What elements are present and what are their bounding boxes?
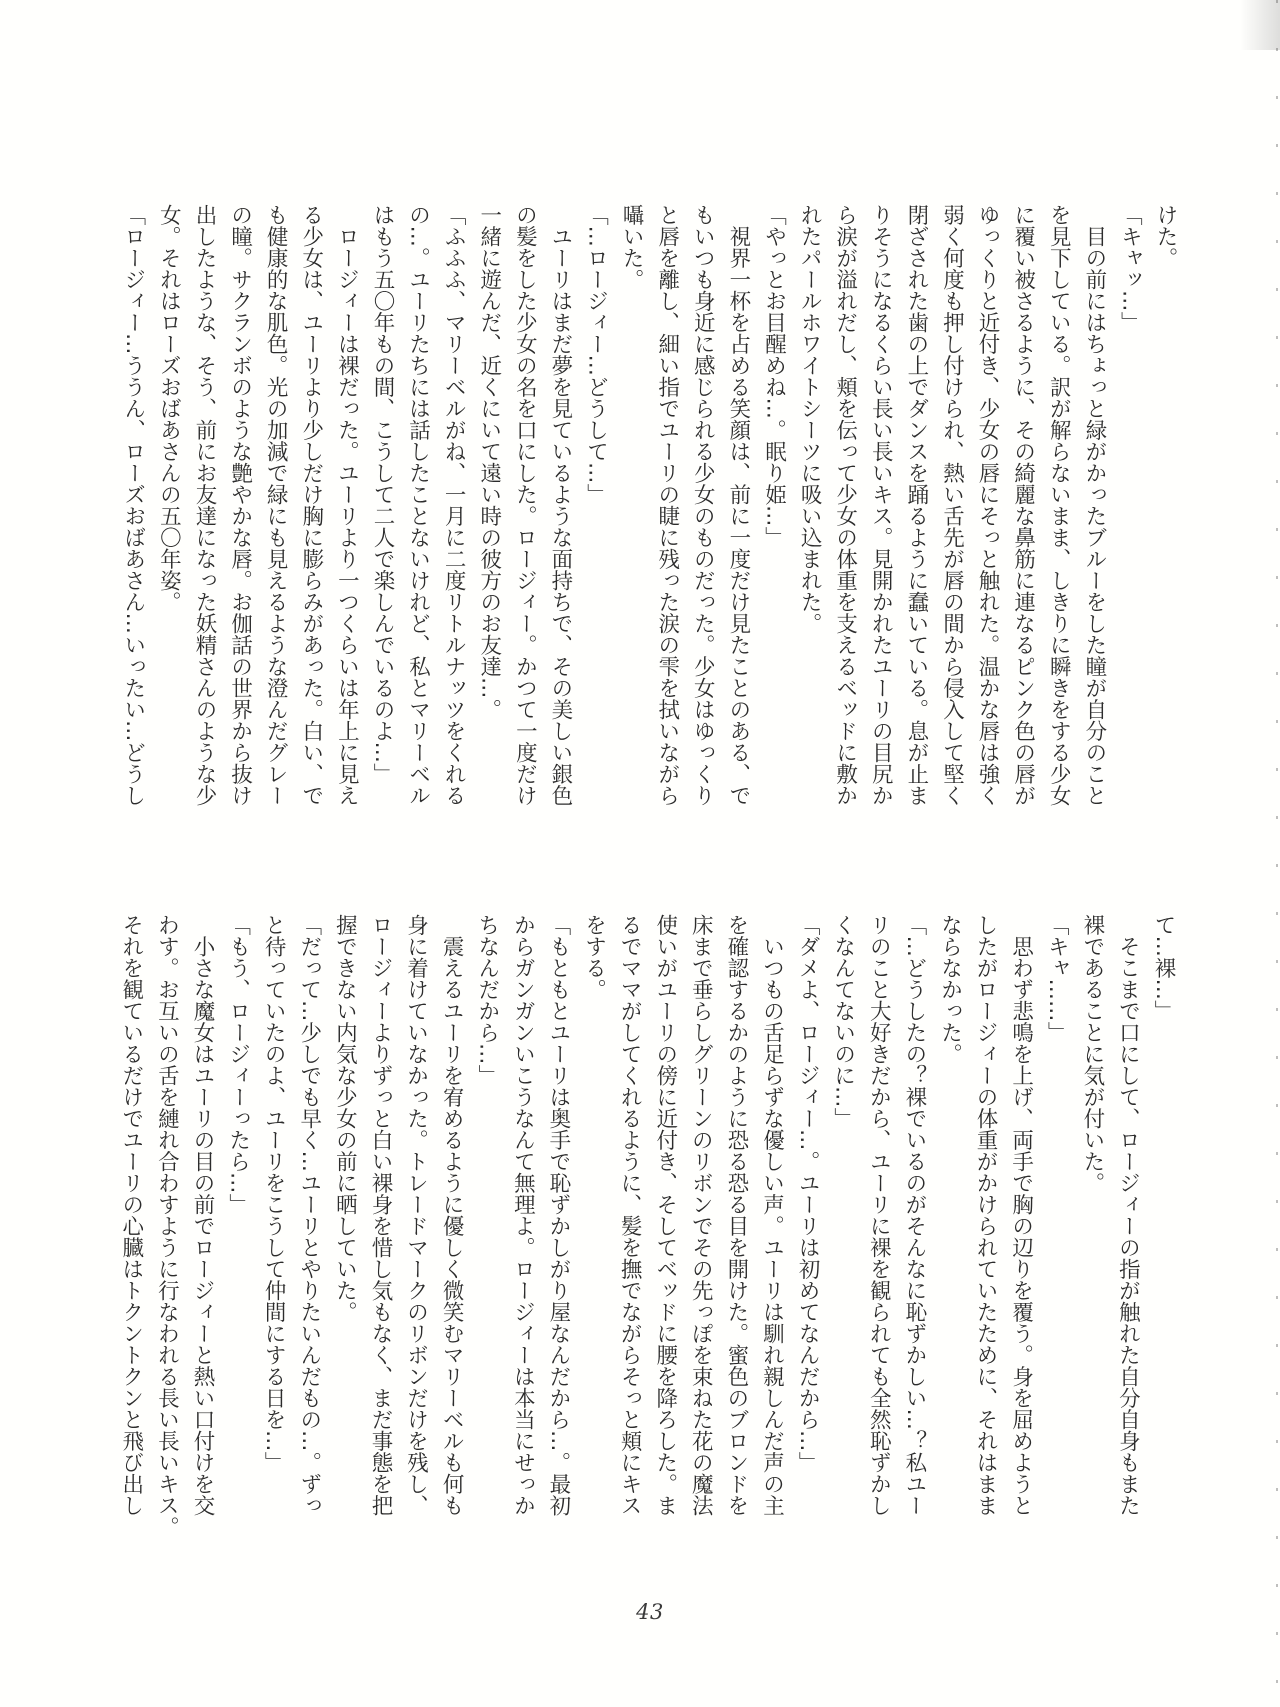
text-column: 囁いた。 bbox=[614, 204, 650, 806]
text-column: からガンガンいこうなんて無理よ。ロージィーは本当にせっか bbox=[505, 914, 541, 1516]
binding-edge bbox=[1276, 0, 1278, 1707]
text-column: 視界一杯を占める笑顔は、前に一度だけ見たことのある、で bbox=[720, 204, 756, 806]
text-column: る少女は、ユーリより少しだけ胸に膨らみがあった。白い、で bbox=[293, 204, 329, 806]
text-column: 床まで垂らしグリーンのリボンでその先っぽを束ねた花の魔法 bbox=[683, 914, 719, 1516]
text-column: 「ロージィー…ううん、ローズおばあさん…いったい…どうし bbox=[115, 204, 151, 806]
text-column: 身に着けていなかった。トレードマークのリボンだけを残し、 bbox=[398, 914, 434, 1516]
text-column: 「やっとお目醒めね…。眠り姫…」 bbox=[756, 204, 792, 806]
text-column: はもう五〇年もの間、こうして二人で楽しんでいるのよ…」 bbox=[364, 204, 400, 806]
text-column: りそうになるくらい長い長いキス。見開かれたユーリの目尻か bbox=[863, 204, 899, 806]
text-column: 「だって…少しでも早く…ユーリとやりたいんだもの…。ずっ bbox=[291, 914, 327, 1516]
text-column: れたパールホワイトシーツに吸い込まれた。 bbox=[791, 204, 827, 806]
text-column: を見下している。訳が解らないまま、しきりに瞬きをする少女 bbox=[1041, 204, 1077, 806]
text-column: の…。ユーリたちには話したことないけれど、私とマリーベル bbox=[400, 204, 436, 806]
text-column: 「キャ……」 bbox=[1039, 914, 1075, 1516]
text-column: それを観ているだけでユーリの心臓はトクントクンと飛び出し bbox=[113, 914, 149, 1516]
text-column: 裸であることに気が付いた。 bbox=[1074, 914, 1110, 1516]
text-column: そこまで口にして、ロージィーの指が触れた自分自身もまた bbox=[1110, 914, 1146, 1516]
text-column: ロージィーよりずっと白い裸身を惜し気もなく、まだ事態を把 bbox=[362, 914, 398, 1516]
text-column: いつもの舌足らずな優しい声。ユーリは馴れ親しんだ声の主 bbox=[754, 914, 790, 1516]
text-column: 「もう、ロージィーったら…」 bbox=[220, 914, 256, 1516]
text-column: 「キャッ…」 bbox=[1112, 204, 1148, 806]
text-column: 握できない内気な少女の前に晒していた。 bbox=[327, 914, 363, 1516]
text-column: を確認するかのように恐る恐る目を開けた。蜜色のブロンドを bbox=[718, 914, 754, 1516]
text-column: 「ダメよ、ロージィー…。ユーリは初めてなんだから…」 bbox=[789, 914, 825, 1516]
text-column: ならなかった。 bbox=[932, 914, 968, 1516]
text-column: 小さな魔女はユーリの目の前でロージィーと熱い口付けを交 bbox=[184, 914, 220, 1516]
text-column: に覆い被さるように、その綺麗な鼻筋に連なるピンク色の唇が bbox=[1005, 204, 1041, 806]
text-column: と唇を離し、細い指でユーリの睫に残った涙の雫を拭いながら bbox=[649, 204, 685, 806]
text-column: も健康的な肌色。光の加減で緑にも見えるような澄んだグレー bbox=[258, 204, 294, 806]
text-column: 閉ざされた歯の上でダンスを踊るように蠢いている。息が止ま bbox=[898, 204, 934, 806]
text-column: と待っていたのよ、ユーリをこうして仲間にする日を…」 bbox=[256, 914, 292, 1516]
text-column: 出したような、そう、前にお友達になった妖精さんのような少 bbox=[186, 204, 222, 806]
text-column: 「…どうしたの？裸でいるのがそんなに恥ずかしい…？私ユー bbox=[896, 914, 932, 1516]
scan-shadow bbox=[1240, 0, 1280, 50]
text-column: の髪をした少女の名を口にした。ロージィー。かつて一度だけ bbox=[507, 204, 543, 806]
text-column: したがロージィーの体重がかけられていたために、それはまま bbox=[967, 914, 1003, 1516]
text-column: 弱く何度も押し付けられ、熱い舌先が唇の間から侵入して堅く bbox=[934, 204, 970, 806]
text-column: 「…ロージィー…どうして…」 bbox=[578, 204, 614, 806]
text-column: 一緒に遊んだ、近くにいて遠い時の彼方のお友達…。 bbox=[471, 204, 507, 806]
book-page: けた。 「キャッ…」 目の前にはちょっと緑がかったブルーをした瞳が自分のこと を… bbox=[0, 0, 1280, 1707]
text-column: けた。 bbox=[1147, 204, 1183, 806]
text-column: わす。お互いの舌を縺れ合わすように行なわれる長い長いキス。 bbox=[149, 914, 185, 1516]
text-column: 「もともとユーリは奥手で恥ずかしがり屋なんだから…。最初 bbox=[540, 914, 576, 1516]
text-column: 使いがユーリの傍に近付き、そしてベッドに腰を降ろした。ま bbox=[647, 914, 683, 1516]
text-column: 震えるユーリを宥めるように優しく微笑むマリーベルも何も bbox=[434, 914, 470, 1516]
text-column: ユーリはまだ夢を見ているような面持ちで、その美しい銀色 bbox=[542, 204, 578, 806]
text-column: ロージィーは裸だった。ユーリより一つくらいは年上に見え bbox=[329, 204, 365, 806]
text-column: 「ふふふ、マリーベルがね、一月に二度リトルナッツをくれる bbox=[436, 204, 472, 806]
text-column: ら涙が溢れだし、頬を伝って少女の体重を支えるベッドに敷か bbox=[827, 204, 863, 806]
text-block-upper: けた。 「キャッ…」 目の前にはちょっと緑がかったブルーをした瞳が自分のこと を… bbox=[115, 204, 1183, 806]
text-column: リのこと大好きだから、ユーリに裸を観られても全然恥ずかし bbox=[861, 914, 897, 1516]
text-column: 思わず悲鳴を上げ、両手で胸の辺りを覆う。身を屈めようと bbox=[1003, 914, 1039, 1516]
text-block-lower: て…裸…」 そこまで口にして、ロージィーの指が触れた自分自身もまた 裸であること… bbox=[113, 914, 1181, 1516]
text-column: 目の前にはちょっと緑がかったブルーをした瞳が自分のこと bbox=[1076, 204, 1112, 806]
text-column: をする。 bbox=[576, 914, 612, 1516]
page-number: 43 bbox=[628, 1600, 672, 1624]
text-column: もいつも身近に感じられる少女のものだった。少女はゆっくり bbox=[685, 204, 721, 806]
text-column: るでママがしてくれるように、髪を撫でながらそっと頬にキス bbox=[612, 914, 648, 1516]
text-column: くなんてないのに…」 bbox=[825, 914, 861, 1516]
text-column: の瞳。サクランボのような艶やかな唇。お伽話の世界から抜け bbox=[222, 204, 258, 806]
text-column: ゆっくりと近付き、少女の唇にそっと触れた。温かな唇は強く bbox=[969, 204, 1005, 806]
text-column: 女。それはローズおばあさんの五〇年姿。 bbox=[151, 204, 187, 806]
text-column: て…裸…」 bbox=[1145, 914, 1181, 1516]
text-column: ちなんだから…」 bbox=[469, 914, 505, 1516]
